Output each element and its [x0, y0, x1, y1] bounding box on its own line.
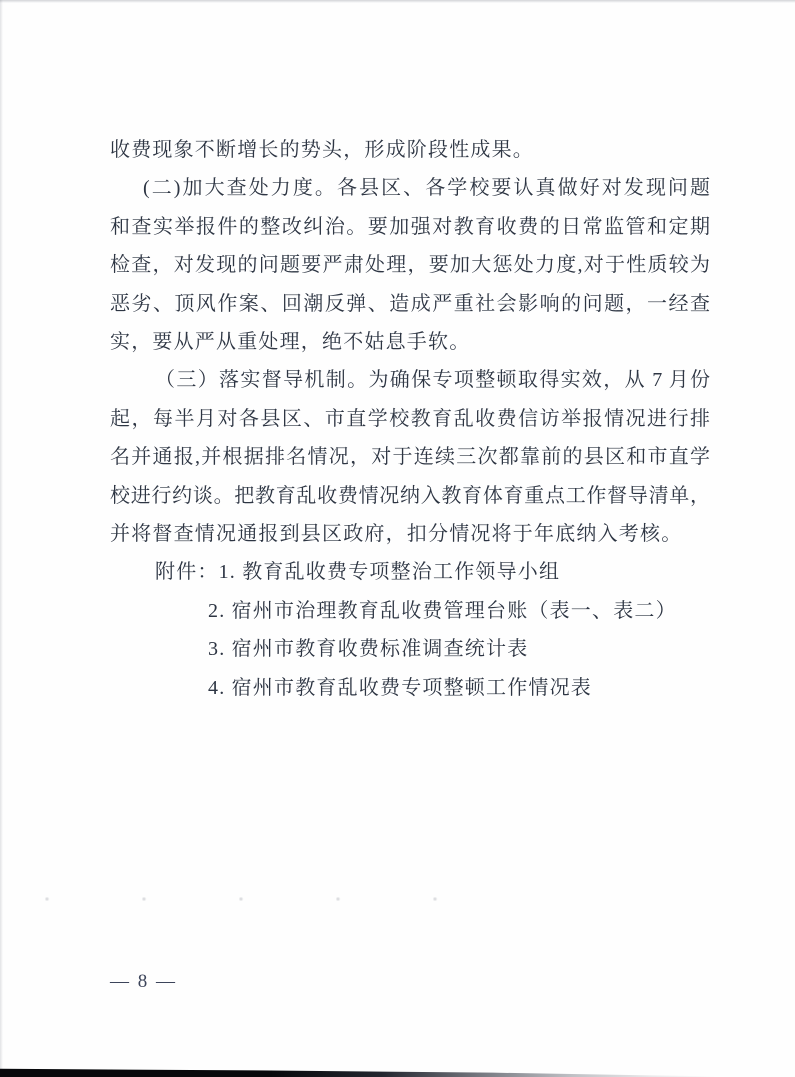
scan-edge-left [0, 0, 3, 1077]
text-line: 4. 宿州市教育乱收费专项整顿工作情况表 [110, 669, 710, 707]
document-body: 收费现象不断增长的势头，形成阶段性成果。(二)加大查处力度。各县区、各学校要认真… [110, 131, 710, 707]
scan-artifact-dots [0, 897, 500, 901]
document-page: 收费现象不断增长的势头，形成阶段性成果。(二)加大查处力度。各县区、各学校要认真… [0, 0, 795, 1077]
text-line: 恶劣、顶风作案、回潮反弹、造成严重社会影响的问题，一经查 [110, 285, 710, 323]
text-line: 实，要从严从重处理，绝不姑息手软。 [110, 323, 710, 361]
text-line: 3. 宿州市教育收费标准调查统计表 [110, 630, 710, 668]
scan-bottom-band [0, 1068, 795, 1077]
text-line: 并将督查情况通报到县区政府，扣分情况将于年底纳入考核。 [110, 515, 710, 553]
text-line: 检查，对发现的问题要严肃处理，要加大惩处力度,对于性质较为 [110, 246, 710, 284]
text-line: 附件：1. 教育乱收费专项整治工作领导小组 [110, 553, 710, 591]
text-line: 起，每半月对各县区、市直学校教育乱收费信访举报情况进行排 [110, 400, 710, 438]
text-line: 名并通报,并根据排名情况，对于连续三次都靠前的县区和市直学 [110, 438, 710, 476]
text-line: 校进行约谈。把教育乱收费情况纳入教育体育重点工作督导清单， [110, 477, 710, 515]
page-number: — 8 — [110, 971, 177, 993]
text-line: （三）落实督导机制。为确保专项整顿取得实效，从 7 月份 [110, 361, 710, 399]
scan-edge-top [0, 0, 795, 3]
text-line: (二)加大查处力度。各县区、各学校要认真做好对发现问题 [110, 169, 710, 207]
text-line: 2. 宿州市治理教育乱收费管理台账（表一、表二） [110, 592, 710, 630]
text-line: 收费现象不断增长的势头，形成阶段性成果。 [110, 131, 710, 169]
text-line: 和查实举报件的整改纠治。要加强对教育收费的日常监管和定期 [110, 208, 710, 246]
